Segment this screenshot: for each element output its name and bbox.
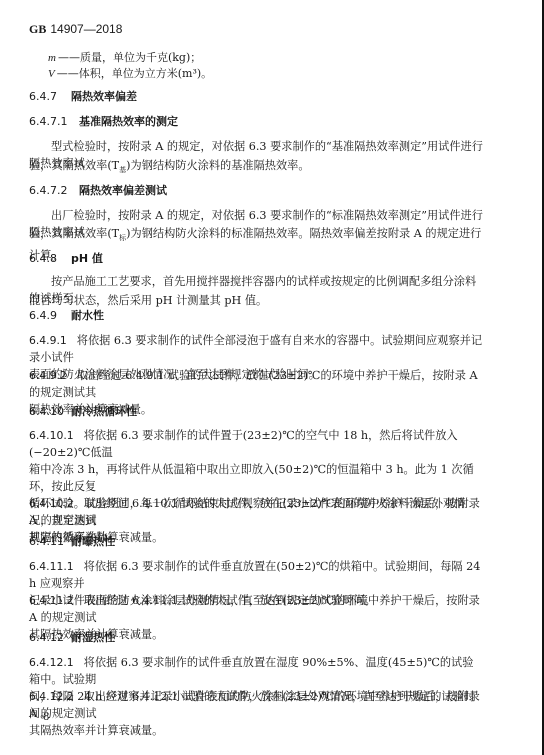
clause-line: 将依据 6.3 要求制作的试件垂直放置在(50±2)℃的烘箱中。试验期间，每隔 …	[29, 560, 480, 590]
clause-number: 6.4.11.1	[29, 560, 74, 573]
section-heading-6-4-7-1: 6.4.7.1基准隔热效率的测定	[29, 113, 484, 130]
document-page: GB14907—2018 m——质量，单位为千克(kg)； V——体积，单位为立…	[0, 0, 544, 755]
clause-line: 箱中冷冻 3 h，再将试件从低温箱中取出立即放入(50±2)℃的恒温箱中 3 h…	[29, 461, 484, 495]
section-heading-6-4-11: 6.4.11耐曝热性	[29, 533, 484, 550]
section-heading-6-4-7: 6.4.7隔热效率偏差	[29, 88, 484, 105]
section-title: 耐湿热性	[71, 631, 115, 644]
clause-line: 将依据 6.3 要求制作的试件垂直放置在湿度 90%±5%、温度(45±5)℃的…	[29, 656, 473, 686]
section-number: 6.4.12	[29, 629, 67, 646]
clause-line: 取出经过 6.4.12.1 试验的大试件，放在(23±2)℃的环境中养护干燥后，…	[29, 690, 480, 720]
section-heading-6-4-8: 6.4.8pH 值	[29, 250, 484, 267]
variable-def-v: V——体积，单位为立方米(m³)。	[48, 66, 212, 82]
var-symbol: V	[48, 68, 55, 80]
section-title: pH 值	[71, 252, 103, 265]
var-text: ——质量，单位为千克(kg)；	[58, 51, 201, 64]
clause-line: 将依据 6.3 要求制作的试件置于(23±2)℃的空气中 18 h，然后将试件放…	[29, 429, 458, 459]
clause-line: 将依据 6.3 要求制作的试件全部浸泡于盛有自来水的容器中。试验期间应观察并记录…	[29, 334, 482, 364]
standard-code: 14907—2018	[50, 22, 122, 36]
clause-line: 取出经过 6.4.10.1 试验的大试件，放在(23±2)℃的环境中养护干燥后，…	[29, 497, 480, 527]
clause-number: 6.4.12.2	[29, 690, 74, 703]
section-title: 隔热效率偏差测试	[79, 184, 167, 197]
standard-header: GB14907—2018	[29, 22, 122, 37]
clause-line: 其隔热效率并计算衰减量。	[29, 722, 484, 739]
standard-prefix: GB	[29, 22, 46, 36]
clause-number: 6.4.9.2	[29, 369, 67, 382]
clause-line: 取出经过 6.4.9.1 试验的大试件，放在(23±2)℃的环境中养护干燥后，按…	[29, 369, 478, 399]
section-number: 6.4.11	[29, 533, 67, 550]
section-heading-6-4-10: 6.4.10耐冷热循环性	[29, 403, 484, 420]
section-number: 6.4.9	[29, 307, 67, 324]
section-heading-6-4-7-2: 6.4.7.2隔热效率偏差测试	[29, 182, 484, 199]
para-text: 验，其隔热效率(T	[29, 227, 119, 240]
para-line: 混合均匀状态，然后采用 pH 计测量其 pH 值。	[29, 294, 267, 307]
section-title: 隔热效率偏差	[71, 90, 137, 103]
section-number: 6.4.7	[29, 88, 67, 105]
section-title: 耐水性	[71, 309, 104, 322]
clause-number: 6.4.10.2	[29, 497, 74, 510]
section-title: 耐冷热循环性	[71, 405, 137, 418]
section-title: 基准隔热效率的测定	[79, 115, 178, 128]
variable-def-m: m——质量，单位为千克(kg)；	[48, 50, 201, 66]
clause-line: 取出经过 6.4.11.1 试验的大试件，放在(23±2)℃的环境中养护干燥后，…	[29, 594, 480, 624]
section-heading-6-4-12: 6.4.12耐湿热性	[29, 629, 484, 646]
section-number: 6.4.7.2	[29, 182, 75, 199]
page-number: 8	[43, 712, 49, 723]
clause-number: 6.4.9.1	[29, 334, 67, 347]
clause-number: 6.4.11.2	[29, 594, 74, 607]
section-number: 6.4.8	[29, 250, 67, 267]
section-number: 6.4.10	[29, 403, 67, 420]
clause-number: 6.4.12.1	[29, 656, 74, 669]
clause-number: 6.4.10.1	[29, 429, 74, 442]
section-title: 耐曝热性	[71, 535, 115, 548]
var-symbol: m	[48, 52, 56, 64]
var-text: ——体积，单位为立方米(m³)。	[57, 67, 212, 80]
para-text: )为钢结构防火涂料的基准隔热效率。	[126, 159, 309, 172]
para-text: 验，其隔热效率(T	[29, 159, 119, 172]
section-heading-6-4-9: 6.4.9耐水性	[29, 307, 484, 324]
paragraph-6-4-7-1-cont: 验，其隔热效率(T基)为钢结构防火涂料的基准隔热效率。	[29, 157, 484, 179]
clause-6-4-12-2: 6.4.12.2取出经过 6.4.12.1 试验的大试件，放在(23±2)℃的环…	[29, 688, 484, 739]
section-number: 6.4.7.1	[29, 113, 75, 130]
